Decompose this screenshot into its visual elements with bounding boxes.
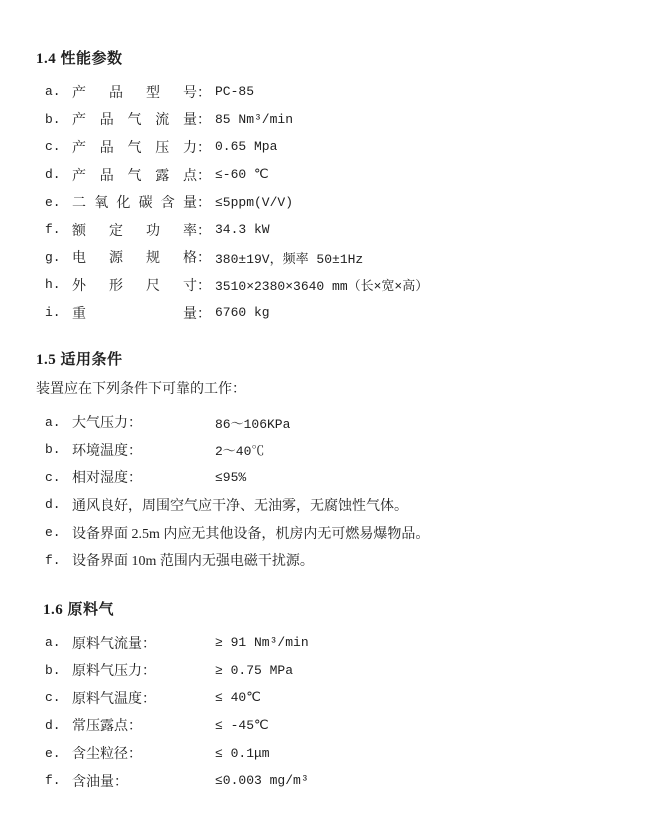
section-heading: 1.6 原料气: [43, 600, 624, 621]
item-letter: a.: [45, 415, 72, 430]
item-value: 380±19V，频率 50±1Hz: [215, 248, 363, 267]
item-label: 额定功率: [72, 220, 197, 240]
item-label: 含油量: [72, 771, 114, 791]
item-label: 原料气温度: [72, 688, 142, 708]
item-value: ≤ 0.1μm: [215, 746, 270, 761]
item-colon: ：: [128, 412, 142, 432]
item-label: 产品气流量: [72, 109, 197, 129]
item-colon: ：: [197, 137, 211, 157]
item-letter: f.: [45, 553, 72, 568]
spec-row: i. 重量： 6760 kg: [36, 299, 624, 327]
item-colon: ：: [128, 467, 142, 487]
item-letter: b.: [45, 663, 72, 678]
item-letter: c.: [45, 470, 72, 485]
item-value: ≥ 91 Nm³/min: [215, 635, 309, 650]
item-letter: d.: [45, 718, 72, 733]
spec-row: e. 二氧化碳含量： ≤5ppm(V/V): [36, 188, 624, 216]
item-colon: ：: [128, 440, 142, 460]
item-label-wrap: 环境温度：: [72, 440, 215, 460]
item-colon: ：: [142, 660, 156, 680]
document-page: 1.4 性能参数 a. 产品型号： PC-85 b. 产品气流量： 85 Nm³…: [0, 0, 652, 826]
item-label-wrap: 产品型号：: [72, 82, 215, 102]
section-rows: a. 大气压力： 86～106KPa b. 环境温度： 2～40℃ c. 相对湿…: [36, 408, 624, 574]
item-label: 产品型号: [72, 82, 197, 102]
item-colon: ：: [197, 82, 211, 102]
intro-text: 装置应在下列条件下可靠的工作：: [36, 380, 624, 400]
item-colon: ：: [114, 771, 128, 791]
item-label-wrap: 原料气流量：: [72, 633, 215, 653]
item-value: 6760 kg: [215, 305, 270, 320]
item-value: 86～106KPa: [215, 413, 290, 432]
item-letter: e.: [45, 195, 72, 210]
section-heading: 1.5 适用条件: [36, 350, 624, 371]
spec-row: c. 相对湿度： ≤95%: [36, 464, 624, 492]
item-label-wrap: 相对湿度：: [72, 467, 215, 487]
section-1-5: 1.5 适用条件装置应在下列条件下可靠的工作： a. 大气压力： 86～106K…: [36, 350, 624, 574]
item-colon: ：: [197, 247, 211, 267]
spec-row: d. 常压露点： ≤ -45℃: [36, 712, 624, 740]
spec-row: d. 通风良好，周围空气应干净、无油雾，无腐蚀性气体。: [36, 491, 624, 519]
item-value: PC-85: [215, 84, 254, 99]
item-value: ≤ -45℃: [215, 718, 269, 733]
item-colon: ：: [197, 192, 211, 212]
item-letter: c.: [45, 690, 72, 705]
item-label-wrap: 常压露点：: [72, 715, 215, 735]
item-letter: b.: [45, 442, 72, 457]
item-label-wrap: 额定功率：: [72, 220, 215, 240]
section-rows: a. 产品型号： PC-85 b. 产品气流量： 85 Nm³/min c. 产…: [36, 78, 624, 326]
item-label-wrap: 产品气压力：: [72, 137, 215, 157]
item-letter: g.: [45, 250, 72, 265]
item-sentence: 设备界面 10m 范围内无强电磁干扰源。: [72, 550, 314, 570]
item-label: 产品气露点: [72, 165, 197, 185]
item-colon: ：: [197, 165, 211, 185]
item-label: 原料气流量: [72, 633, 142, 653]
spec-row: b. 原料气压力： ≥ 0.75 MPa: [36, 657, 624, 685]
section-heading: 1.4 性能参数: [36, 49, 624, 70]
item-value: ≤5ppm(V/V): [215, 195, 293, 210]
spec-row: a. 产品型号： PC-85: [36, 78, 624, 106]
item-value: 85 Nm³/min: [215, 112, 293, 127]
item-label: 电源规格: [72, 247, 197, 267]
spec-row: b. 环境温度： 2～40℃: [36, 436, 624, 464]
item-label-wrap: 产品气露点：: [72, 165, 215, 185]
item-letter: i.: [45, 305, 72, 320]
item-label-wrap: 产品气流量：: [72, 109, 215, 129]
spec-row: f. 额定功率： 34.3 kW: [36, 216, 624, 244]
item-letter: h.: [45, 277, 72, 292]
spec-row: f. 设备界面 10m 范围内无强电磁干扰源。: [36, 546, 624, 574]
item-label-wrap: 原料气温度：: [72, 688, 215, 708]
item-label: 相对湿度: [72, 467, 128, 487]
item-label: 大气压力: [72, 412, 128, 432]
item-colon: ：: [142, 688, 156, 708]
item-label-wrap: 原料气压力：: [72, 660, 215, 680]
item-colon: ：: [197, 109, 211, 129]
item-label: 含尘粒径: [72, 743, 128, 763]
item-colon: ：: [128, 743, 142, 763]
item-letter: e.: [45, 525, 72, 540]
item-colon: ：: [197, 220, 211, 240]
item-colon: ：: [142, 633, 156, 653]
spec-row: d. 产品气露点： ≤-60 ℃: [36, 161, 624, 189]
spec-row: a. 原料气流量： ≥ 91 Nm³/min: [36, 629, 624, 657]
item-letter: c.: [45, 139, 72, 154]
section-1-6: 1.6 原料气 a. 原料气流量： ≥ 91 Nm³/min b. 原料气压力：…: [36, 600, 624, 795]
item-label: 原料气压力: [72, 660, 142, 680]
item-letter: f.: [45, 773, 72, 788]
item-letter: a.: [45, 84, 72, 99]
item-value: ≤-60 ℃: [215, 167, 269, 182]
section-1-4: 1.4 性能参数 a. 产品型号： PC-85 b. 产品气流量： 85 Nm³…: [36, 49, 624, 326]
item-value: ≤95%: [215, 470, 246, 485]
item-label: 环境温度: [72, 440, 128, 460]
section-rows: a. 原料气流量： ≥ 91 Nm³/min b. 原料气压力： ≥ 0.75 …: [36, 629, 624, 795]
item-label-wrap: 含尘粒径：: [72, 743, 215, 763]
item-label-wrap: 含油量：: [72, 771, 215, 791]
item-letter: e.: [45, 746, 72, 761]
item-letter: f.: [45, 222, 72, 237]
item-letter: b.: [45, 112, 72, 127]
spec-row: h. 外形尺寸： 3510×2380×3640 mm（长×宽×高）: [36, 271, 624, 299]
item-value: 3510×2380×3640 mm（长×宽×高）: [215, 275, 428, 294]
spec-row: b. 产品气流量： 85 Nm³/min: [36, 106, 624, 134]
item-label: 重量: [72, 303, 197, 323]
item-label-wrap: 电源规格：: [72, 247, 215, 267]
item-letter: a.: [45, 635, 72, 650]
item-value: ≤ 40℃: [215, 690, 261, 705]
item-letter: d.: [45, 497, 72, 512]
item-sentence: 通风良好，周围空气应干净、无油雾，无腐蚀性气体。: [72, 495, 408, 515]
item-label: 常压露点: [72, 715, 128, 735]
spec-row: f. 含油量： ≤0.003 mg/m³: [36, 767, 624, 795]
item-value: 34.3 kW: [215, 222, 270, 237]
item-label: 二氧化碳含量: [72, 192, 197, 212]
item-sentence: 设备界面 2.5m 内应无其他设备，机房内无可燃易爆物品。: [72, 523, 429, 543]
item-colon: ：: [128, 715, 142, 735]
spec-row: c. 产品气压力： 0.65 Mpa: [36, 133, 624, 161]
item-colon: ：: [197, 275, 211, 295]
item-value: 2～40℃: [215, 440, 264, 459]
item-label: 产品气压力: [72, 137, 197, 157]
item-value: ≥ 0.75 MPa: [215, 663, 293, 678]
item-label-wrap: 重量：: [72, 303, 215, 323]
item-label-wrap: 二氧化碳含量：: [72, 192, 215, 212]
item-letter: d.: [45, 167, 72, 182]
item-label-wrap: 外形尺寸：: [72, 275, 215, 295]
item-value: ≤0.003 mg/m³: [215, 773, 309, 788]
spec-row: e. 含尘粒径： ≤ 0.1μm: [36, 739, 624, 767]
spec-row: c. 原料气温度： ≤ 40℃: [36, 684, 624, 712]
spec-row: g. 电源规格： 380±19V，频率 50±1Hz: [36, 244, 624, 272]
spec-row: a. 大气压力： 86～106KPa: [36, 408, 624, 436]
item-colon: ：: [197, 303, 211, 323]
item-label: 外形尺寸: [72, 275, 197, 295]
item-label-wrap: 大气压力：: [72, 412, 215, 432]
item-value: 0.65 Mpa: [215, 139, 277, 154]
spec-row: e. 设备界面 2.5m 内应无其他设备，机房内无可燃易爆物品。: [36, 519, 624, 547]
